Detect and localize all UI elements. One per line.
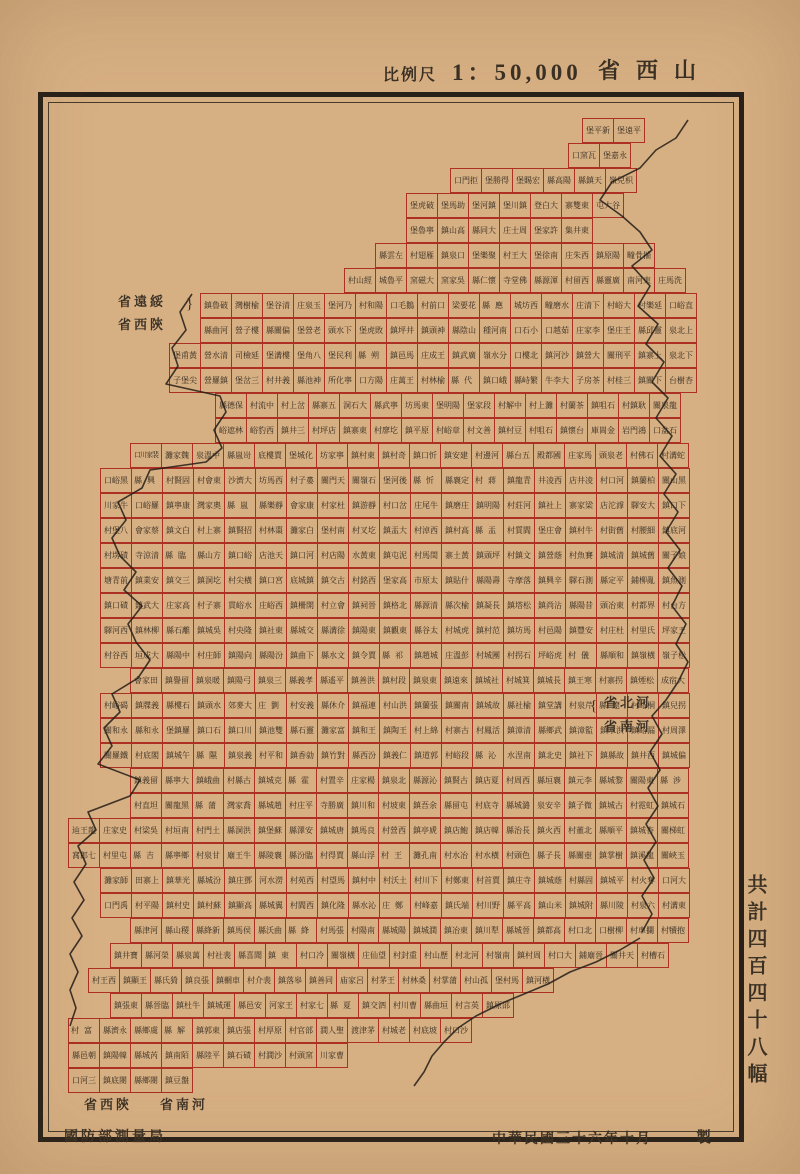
map-sheet-cell: 縣峙繁	[510, 368, 542, 393]
map-sheet-cell: 鎮蘭張	[410, 693, 442, 718]
map-sheet-cell: 村沃土	[379, 868, 411, 893]
map-sheet-cell: 鎮寨上	[634, 343, 666, 368]
map-sheet-cell: 縣臨	[162, 543, 194, 568]
map-sheet-cell: 村央隆	[224, 618, 256, 643]
map-sheet-cell: 鎮泉北	[378, 768, 410, 793]
map-sheet-cell: 縣武寧	[370, 393, 402, 418]
neighbor-province-label: 省西陝	[84, 1094, 132, 1113]
map-sheet-cell: 驛河西	[100, 618, 132, 643]
map-sheet-cell: 縣喜聞	[234, 943, 266, 968]
map-sheet-cell: 堡徐南	[530, 243, 562, 268]
map-sheet-cell: 村蘭茶	[556, 393, 588, 418]
map-sheet-cell: 鎮村豆	[494, 418, 526, 443]
map-sheet-cell: 鎮城午	[162, 743, 194, 768]
map-sheet-cell: 鎮凝長	[472, 593, 504, 618]
map-sheet-cell: 縣陵襄	[254, 843, 286, 868]
map-sheet-cell: 堡家高	[379, 568, 411, 593]
map-sheet-cell: 貫峪水	[224, 593, 256, 618]
map-sheet-cell: 縣陸平	[192, 1043, 224, 1068]
map-sheet-cell: 鎮馬良	[347, 818, 379, 843]
map-sheet-cell: 縣嵐岢	[223, 443, 255, 468]
map-sheet-cell: 峪遮林	[215, 418, 247, 443]
map-sheet-cell: 村鄭東	[441, 868, 473, 893]
map-sheet-cell: 鎮福連	[348, 693, 380, 718]
map-sheet-cell: 縣鎮天	[574, 168, 606, 193]
map-sheet-cell: 村苑西	[286, 868, 318, 893]
map-sheet-cell: 口盆石	[649, 418, 681, 443]
map-sheet-cell: 鎮城潤	[409, 918, 441, 943]
map-sheet-cell: 鎮社東	[255, 618, 287, 643]
map-sheet-cell: 村門土	[192, 818, 224, 843]
map-sheet-cell: 口窯瓦	[568, 143, 600, 168]
map-sheet-cell: 鎮落皋	[274, 968, 306, 993]
map-sheet-cell: 村周西	[502, 768, 534, 793]
map-sheet-cell: 店沱滹	[596, 493, 628, 518]
map-sheet-cell: 堡遠平	[613, 118, 645, 143]
map-sheet-cell: 村廖圪	[370, 418, 402, 443]
map-sheet-cell: 店井凌	[565, 468, 597, 493]
map-sheet-cell: 縣洞洪	[223, 818, 255, 843]
map-sheet-cell: 村家七	[296, 993, 328, 1018]
map-sheet-cell: 關山黑	[658, 468, 690, 493]
map-sheet-cell: 寨土黃	[441, 543, 473, 568]
map-sheet-cell: 灘家白	[286, 518, 318, 543]
map-sheet-cell: 堡岔三	[231, 368, 263, 393]
map-sheet-cell: 縣城潞	[502, 793, 534, 818]
map-sheet-cell: 村底寺	[471, 793, 503, 818]
map-sheet-cell: 村蔣	[472, 468, 504, 493]
map-sheet-cell: 寨雙東	[561, 193, 593, 218]
map-sheet-cell: 關井天	[606, 943, 638, 968]
map-sheet-cell: 渡津茅	[347, 1018, 379, 1043]
map-sheet-cell: 縣源渾	[530, 268, 562, 293]
map-sheet-cell: 鎮口峪	[224, 543, 256, 568]
map-sheet-cell: 縣應	[479, 293, 511, 318]
map-sheet-cell: 鎮良張	[181, 968, 213, 993]
map-sheet-cell: 村立會	[317, 593, 349, 618]
map-sheet-cell: 庄家李	[572, 318, 604, 343]
map-index-page: 比例尺 1：50,000 省西山 堡平新堡遠平口窯瓦堡嘉永口門拒堡勝得堡賜宏縣高…	[0, 0, 800, 1174]
map-sheet-cell: 鎮頭神	[417, 318, 449, 343]
map-sheet-cell: 縣石靈	[286, 718, 318, 743]
map-sheet-cell: 村犢抱	[657, 918, 689, 943]
map-sheet-cell: 村頭色	[502, 843, 534, 868]
map-sheet-cell: 村川曹	[389, 993, 421, 1018]
map-sheet-cell: 堡角八	[293, 343, 325, 368]
map-sheet-cell: 鎮蘭柏	[627, 468, 659, 493]
map-sheet-cell: 縣社榆	[503, 693, 535, 718]
map-sheet-cell: 鎮漳監	[565, 718, 597, 743]
map-sheet-cell: 鎮社上	[534, 493, 566, 518]
map-sheet-cell: 縣濟永	[99, 1018, 131, 1043]
map-sheet-cell: 驛安大	[627, 493, 659, 518]
map-sheet-cell: 堡明陽	[432, 393, 464, 418]
map-sheet-cell: 鎮牒義	[131, 693, 163, 718]
map-sheet-cell: 鎮遠來	[440, 668, 472, 693]
map-sheet-cell: 鎮顯高	[224, 893, 256, 918]
map-sheet-cell: 鎮子微	[564, 793, 596, 818]
map-sheet-cell: 村城虎	[441, 618, 473, 643]
map-sheet-cell: 鎮村東	[347, 443, 379, 468]
map-sheet-cell: 村井義	[262, 368, 294, 393]
map-sheet-cell: 坪峪虎	[534, 643, 566, 668]
map-sheet-cell: 縣子長	[533, 843, 565, 868]
map-sheet-cell: 縣水文	[317, 643, 349, 668]
map-sheet-cell: 村口冷	[296, 943, 328, 968]
map-sheet-cell: 鎮交泗	[358, 993, 390, 1018]
map-sheet-cell: 坊馬西	[255, 468, 287, 493]
map-sheet-cell: 關門天	[317, 468, 349, 493]
map-sheet-cell: 縣嵐	[224, 493, 256, 518]
map-sheet-cell: 子堡尖	[169, 368, 201, 393]
map-sheet-cell: 灣樹榆	[231, 293, 263, 318]
map-sheet-cell: 縣陽汾	[255, 643, 287, 668]
map-sheet-cell: 庄成王	[417, 343, 449, 368]
map-sheet-cell: 村子婁	[286, 468, 318, 493]
map-sheet-cell: 鎮賢古	[440, 768, 472, 793]
map-sheet-cell: 口石小	[510, 318, 542, 343]
map-sheet-cell: 鎮火西	[533, 818, 565, 843]
map-sheet-cell: 縣鄉武	[534, 718, 566, 743]
map-sheet-cell: 鎮貼什	[441, 568, 473, 593]
map-sheet-cell: 坪家王	[658, 618, 690, 643]
map-sheet-cell: 泉北上	[665, 318, 697, 343]
map-sheet-cell: 縣興	[131, 468, 163, 493]
map-sheet-cell: 村林榆	[417, 368, 449, 393]
map-sheet-cell: 縣谷太	[410, 618, 442, 643]
map-sheet-cell: 灘家富	[317, 718, 349, 743]
map-sheet-cell: 頭冶東	[596, 593, 628, 618]
map-sheet-cell: 鎮村高	[441, 518, 473, 543]
map-sheet-cell: 洞石大	[339, 393, 371, 418]
map-sheet-cell: 鎮井寶	[110, 943, 142, 968]
map-sheet-cell: 鎮城平	[596, 868, 628, 893]
map-sheet-cell: 村首賈	[472, 868, 504, 893]
map-sheet-cell: 村拐石	[503, 643, 535, 668]
map-sheet-cell: 牛李大	[541, 368, 573, 393]
map-sheet-cell: 村霓虹	[626, 793, 658, 818]
map-sheet-cell: 堡河鎮	[468, 193, 500, 218]
map-sheet-cell: 庫崗金	[587, 418, 619, 443]
map-sheet-cell: 口峪黑	[100, 468, 132, 493]
map-sheet-cell: 村直坦	[130, 793, 162, 818]
map-sheet-cell: 嶺子松	[658, 643, 690, 668]
map-sheet-cell: 寺摩落	[503, 568, 535, 593]
map-sheet-cell: 村火奪	[627, 868, 659, 893]
map-sheet-cell: 鎮縣故	[596, 743, 628, 768]
map-sheet-cell: 縣泉萬	[172, 943, 204, 968]
map-sheet-cell: 鎮口峨	[479, 368, 511, 393]
map-sheet-cell: 村口河	[596, 468, 628, 493]
map-sheet-cell: 鎮嶺橫	[627, 643, 659, 668]
map-sheet-cell: 岩門鴻	[618, 418, 650, 443]
map-sheet-cell: 縣樂靜	[255, 493, 287, 518]
map-sheet-cell: 村望馬	[317, 868, 349, 893]
map-sheet-cell: 鎮亭虒	[409, 818, 441, 843]
map-sheet-cell: 村谷西	[100, 643, 132, 668]
map-sheet-cell: 村掌蒲	[429, 968, 461, 993]
map-sheet-cell: 口河大	[658, 868, 690, 893]
map-sheet-cell: 村馬張	[316, 918, 348, 943]
map-sheet-cell: 鎮城吳	[193, 618, 225, 643]
map-sheet-cell: 殿都國	[533, 443, 565, 468]
map-sheet-cell: 村王	[378, 843, 410, 868]
map-sheet-cell: 庙家呂	[336, 968, 368, 993]
map-sheet-cell: 子房茶	[572, 368, 604, 393]
map-sheet-cell: 鎮曲下	[286, 643, 318, 668]
map-sheet-cell: 鎮趙城	[410, 643, 442, 668]
map-sheet-cell: 庄溫彭	[441, 643, 473, 668]
map-sheet-cell: 村社裴	[203, 943, 235, 968]
map-sheet-cell: 澗人聖	[316, 1018, 348, 1043]
map-sheet-cell: 庄朱西	[561, 243, 593, 268]
map-sheet-cell: 鎮和王	[348, 718, 380, 743]
map-sheet-cell: 關刑平	[603, 343, 635, 368]
map-sheet-cell: 縣邑朝	[68, 1043, 100, 1068]
map-sheet-cell: 縣涉	[657, 768, 689, 793]
map-sheet-cell: 鎮善洪	[347, 668, 379, 693]
map-sheet-cell: 疃骨揣	[623, 243, 655, 268]
map-sheet-cell: 縣城汾	[193, 868, 225, 893]
map-sheet-cell: 鎮原邵	[482, 993, 514, 1018]
map-sheet-cell: 鎮城克	[254, 768, 286, 793]
map-sheet-cell: 鎮格北	[379, 593, 411, 618]
map-sheet-cell: 縣朔	[355, 343, 387, 368]
map-sheet-cell: 村底坡	[409, 1018, 441, 1043]
map-sheet-cell: 村閻西	[286, 893, 318, 918]
map-sheet-cell: 縣解	[161, 1018, 193, 1043]
map-sheet-cell: 村得賈	[316, 843, 348, 868]
map-sheet-cell: 鎮煙松	[626, 668, 658, 693]
map-sheet-cell: 村山孤	[460, 968, 492, 993]
neighbor-province-label: 省遠綏	[118, 291, 166, 310]
map-sheet-cell: 鎮石磧	[223, 1043, 255, 1068]
map-sheet-cell: 縣陽中	[162, 643, 194, 668]
map-sheet-cell: 廟王牛	[223, 843, 255, 868]
map-sheet-cell: 村儀	[565, 643, 597, 668]
map-sheet-cell: 村林棗	[255, 518, 287, 543]
map-sheet-cell: 鎮塔松	[503, 593, 535, 618]
map-sheet-cell: 關峽玉	[657, 843, 689, 868]
map-sheet-cell: 鎮頭坪	[472, 543, 504, 568]
map-sheet-cell: 村王大	[499, 243, 531, 268]
map-sheet-cell: 鎮川和	[347, 793, 379, 818]
map-sheet-cell: 村佛石	[626, 443, 658, 468]
map-sheet-cell: 頭泉老	[595, 443, 627, 468]
map-sheet-cell: 鎮邑馬	[386, 343, 418, 368]
map-sheet-cell: 鎮觀東	[379, 618, 411, 643]
map-sheet-cell: 會家康	[286, 493, 318, 518]
map-sheet-cell: 鎮村范	[472, 618, 504, 643]
map-sheet-cell: 鎮營蔭	[534, 543, 566, 568]
map-sheet-cell: 村介裴	[243, 968, 275, 993]
neighbor-province-label: 省北河	[604, 692, 652, 711]
map-sheet-cell: 鎮井西	[627, 743, 659, 768]
neighbor-province-label: 省南河	[604, 716, 652, 735]
map-sheet-cell: 堡河後	[379, 468, 411, 493]
map-sheet-cell: 縣池神	[293, 368, 325, 393]
map-sheet-cell: 鎮關南	[441, 693, 473, 718]
map-sheet-cell: 鋪廟晉	[575, 943, 607, 968]
map-sheet-cell: 鎮村段	[378, 668, 410, 693]
map-sheet-cell: 縣寨五	[308, 393, 340, 418]
map-sheet-cell: 村上灘	[525, 393, 557, 418]
map-sheet-cell: 縣鄉虞	[130, 1018, 162, 1043]
map-sheet-cell: 村城團	[472, 643, 504, 668]
map-sheet-cell: 縣津河	[130, 918, 162, 943]
map-sheet-cell: 鎮吾余	[409, 793, 441, 818]
map-sheet-cell: 鎮泉暖	[192, 668, 224, 693]
map-sheet-cell: 村庄師	[193, 643, 225, 668]
map-sheet-cell: 鎮河橫	[522, 968, 554, 993]
map-sheet-cell: 鎮泉口	[437, 243, 469, 268]
map-sheet-cell: 村翅雁	[406, 243, 438, 268]
map-sheet-cell: 鎮井三	[277, 418, 309, 443]
map-sheet-cell: 鎮香勍	[286, 743, 318, 768]
map-sheet-cell: 村水冶	[440, 843, 472, 868]
map-sheet-cell: 村言英	[451, 993, 483, 1018]
map-sheet-cell: 鎮頭水	[193, 693, 225, 718]
map-sheet-cell: 鎮氏端	[441, 893, 473, 918]
map-sheet-cell: 鎮關下	[634, 368, 666, 393]
map-sheet-cell: 驛石測	[565, 568, 597, 593]
map-sheet-cell: 鎮南陌	[161, 1043, 193, 1068]
map-sheet-cell: 堡營老	[293, 318, 325, 343]
map-sheet-cell: 村尖橫	[224, 568, 256, 593]
map-sheet-cell: 登白大	[530, 193, 562, 218]
map-sheet-cell: 縣高陽	[543, 168, 575, 193]
map-sheet-cell: 鎮道郭	[410, 743, 442, 768]
map-sheet-cell: 村家杜	[317, 493, 349, 518]
map-sheet-cell: 村底閣	[131, 743, 163, 768]
map-sheet-cell: 鎮王寒	[564, 668, 596, 693]
map-sheet-cell: 關嶺石	[348, 468, 380, 493]
map-sheet-cell: 村樂延	[634, 293, 666, 318]
map-sheet-cell: 村莊河	[503, 493, 535, 518]
map-sheet-cell: 關陽東	[626, 768, 658, 793]
map-sheet-cell: 鎮泉三	[254, 668, 286, 693]
map-sheet-cell: 縣吉	[130, 843, 162, 868]
map-sheet-cell: 窩郎七	[68, 843, 100, 868]
map-sheet-cell: 鎮屯泥	[379, 543, 411, 568]
map-sheet-cell: 鎮輞車	[212, 968, 244, 993]
map-sheet-cell: 縣城芮	[130, 1043, 162, 1068]
map-sheet-cell: 鎮城舊	[627, 543, 659, 568]
map-sheet-cell: 村置辛	[316, 768, 348, 793]
map-sheet-cell: 縣曲河	[200, 318, 232, 343]
map-sheet-cell: 村官部	[285, 1018, 317, 1043]
map-sheet-cell: 村和陽	[355, 293, 387, 318]
map-sheet-cell: 庄泉玉	[293, 293, 325, 318]
map-sheet-cell: 底城鎮	[286, 568, 318, 593]
boundary-brace-mark: {	[590, 698, 597, 715]
map-sheet-cell: 寺堂佛	[499, 268, 531, 293]
map-sheet-cell: 堡民利	[324, 343, 356, 368]
map-sheet-cell: 鎮陽向	[224, 643, 256, 668]
map-sheet-cell: 關龍黑	[161, 793, 193, 818]
publication-date: 中華民國三十六年十月	[492, 1128, 652, 1148]
map-sheet-cell: 鎮柵開	[286, 593, 318, 618]
map-sheet-cell: 村城老	[378, 1018, 410, 1043]
map-sheet-cell: 縣順平	[595, 818, 627, 843]
map-sheet-cell: 鎮武大	[131, 593, 163, 618]
map-sheet-cell: 庄萬王	[386, 368, 418, 393]
map-sheet-cell: 縣遙平	[316, 668, 348, 693]
map-sheet-cell: 村富	[68, 1018, 100, 1043]
map-sheet-cell: 村溝蛇	[657, 443, 689, 468]
map-sheet-cell: 堡庄會	[534, 518, 566, 543]
map-sheet-cell: 村垣南	[161, 818, 193, 843]
map-sheet-cell: 鎮義仁	[379, 743, 411, 768]
map-sheet-cell: 口毛鵝	[386, 293, 418, 318]
map-sheet-cell: 縣邑安	[234, 993, 266, 1018]
map-sheet-cell: 鎮城古	[595, 793, 627, 818]
map-sheet-cell: 村留西	[561, 268, 593, 293]
map-sheet-cell: 鎮堡蘇	[254, 818, 286, 843]
map-sheet-cell: 營子樓	[231, 318, 263, 343]
map-sheet-cell: 鎮兒拐	[658, 693, 690, 718]
map-sheet-cell: 鎮村中	[348, 868, 380, 893]
map-sheet-cell: 會家田	[130, 668, 162, 693]
map-sheet-cell: 堡村南	[317, 518, 349, 543]
map-sheet-cell: 縣寧大	[161, 768, 193, 793]
map-sheet-cell: 鎮峨曲	[192, 768, 224, 793]
map-sheet-cell: 鎮令賈	[348, 643, 380, 668]
map-sheet-cell: 村店陽	[317, 543, 349, 568]
map-sheet-cell: 村邑陽	[534, 618, 566, 643]
map-sheet-cell: 鎮口石	[193, 718, 225, 743]
map-sheet-cell: 鎮洞圪	[193, 568, 225, 593]
map-sheet-cell: 村銘西	[348, 568, 380, 593]
map-sheet-cell: 鎮東	[265, 943, 297, 968]
map-sheet-cell: 關嶺橫	[327, 943, 359, 968]
map-sheet-cell: 村車攔	[626, 918, 658, 943]
map-sheet-cell: 梁要花	[448, 293, 480, 318]
map-sheet-cell: 村峪碣	[100, 693, 132, 718]
map-sheet-cell: 縣次榆	[441, 593, 473, 618]
map-sheet-cell: 村城箕	[502, 668, 534, 693]
map-sheet-cell: 寨家梁	[565, 493, 597, 518]
map-sheet-cell: 鎮河沙	[541, 343, 573, 368]
map-sheet-cell: 村魚賽	[565, 543, 597, 568]
map-sheet-cell: 堡嘉永	[599, 143, 631, 168]
map-sheet-cell: 縣蒲	[192, 793, 224, 818]
map-sheet-cell: 鎮魯破	[200, 293, 232, 318]
map-sheet-cell: 縣城陽	[378, 918, 410, 943]
map-sheet-cell: 鎮城運	[203, 993, 235, 1018]
map-sheet-cell: 底樓賈	[254, 443, 286, 468]
map-sheet-cell: 坊馬東	[401, 393, 433, 418]
map-sheet-cell: 縣順和	[596, 643, 628, 668]
map-sheet-cell: 鎮游靜	[348, 493, 380, 518]
map-sheet-cell: 種河南	[479, 318, 511, 343]
map-sheet-cell: 灘孔南	[409, 843, 441, 868]
map-sheet-cell: 灘家師	[100, 868, 132, 893]
map-sheet-cell: 堡樂聚	[468, 243, 500, 268]
map-sheet-cell: 鎮陽韓	[99, 1043, 131, 1068]
map-sheet-cell: 鎮泉東	[409, 668, 441, 693]
map-sheet-cell: 縣霍	[285, 768, 317, 793]
map-sheet-cell: 村川野	[472, 893, 504, 918]
map-sheet-cell: 縣隰	[193, 743, 225, 768]
map-sheet-cell: 窯磁大	[406, 268, 438, 293]
map-sheet-cell: 庄仙望	[358, 943, 390, 968]
map-sheet-cell: 縣曲垣	[420, 993, 452, 1018]
map-sheet-cell: 縣台五	[502, 443, 534, 468]
map-sheet-cell: 村寨拐	[595, 668, 627, 693]
map-sheet-cell: 寺涼清	[131, 543, 163, 568]
map-sheet-cell: 堡魯寧	[406, 218, 438, 243]
